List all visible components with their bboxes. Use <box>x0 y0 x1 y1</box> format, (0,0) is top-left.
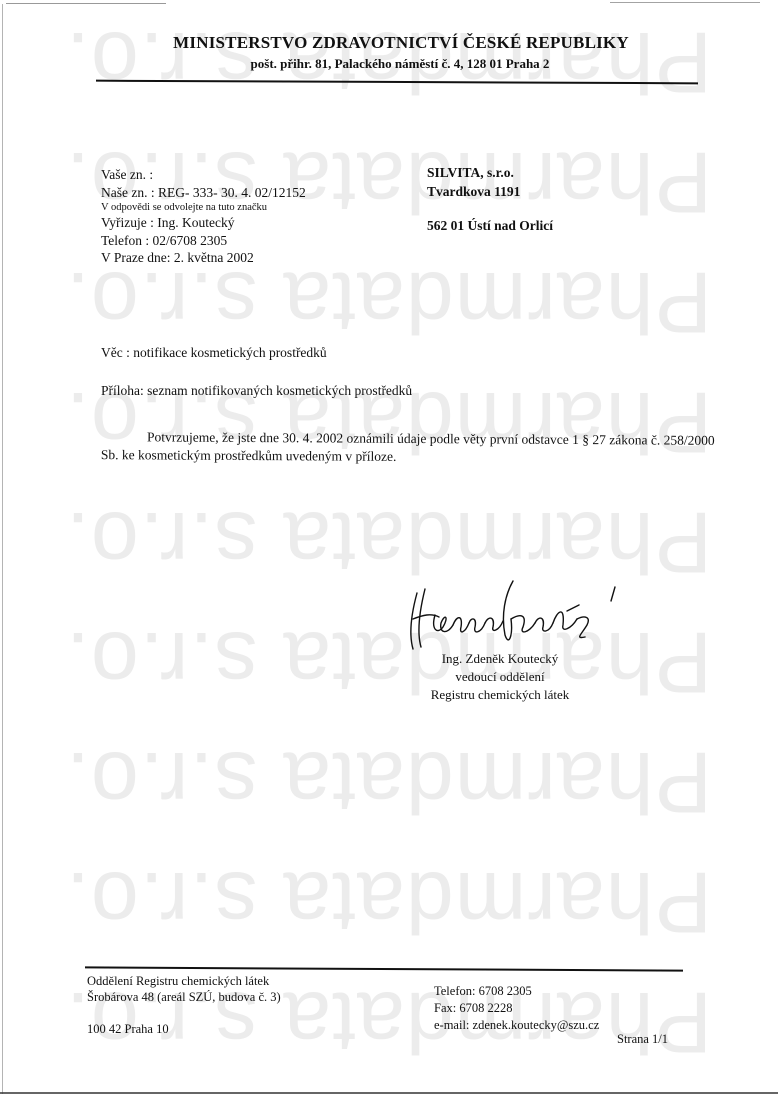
footer-phone: Telefon: 6708 2305 <box>434 983 599 1000</box>
signatory-block: Ing. Zdeněk Koutecký vedoucí oddělení Re… <box>380 650 620 704</box>
signatory-department: Registru chemických látek <box>380 686 620 704</box>
recipient-address: SILVITA, s.r.o. Tvardkova 1191 562 01 Ús… <box>427 163 553 235</box>
footer-divider <box>85 966 683 971</box>
reference-block: Vaše zn. : Naše zn. : REG- 333- 30. 4. 0… <box>101 166 306 267</box>
footer-fax: Fax: 6708 2228 <box>434 1000 599 1017</box>
phone: Telefon : 02/6708 2305 <box>101 232 306 250</box>
your-reference: Vaše zn. : <box>101 166 306 184</box>
footer-contacts: Telefon: 6708 2305 Fax: 6708 2228 e-mail… <box>434 983 599 1034</box>
subject-line: Věc : notifikace kosmetických prostředků <box>101 345 327 361</box>
letterhead-address: pošt. přihr. 81, Palackého náměstí č. 4,… <box>0 56 778 72</box>
footer-email: e-mail: zdenek.koutecky@szu.cz <box>434 1017 599 1034</box>
letterhead-title: MINISTERSTVO ZDRAVOTNICTVÍ ČESKÉ REPUBLI… <box>0 33 778 53</box>
reference-note: V odpovědi se odvolejte na tuto značku <box>101 201 306 214</box>
our-reference: Naše zn. : REG- 333- 30. 4. 02/12152 <box>101 184 306 202</box>
letterhead-divider <box>96 80 698 85</box>
letter-page: MINISTERSTVO ZDRAVOTNICTVÍ ČESKÉ REPUBLI… <box>0 0 778 1100</box>
letter-body: Potvrzujeme, že jste dne 30. 4. 2002 ozn… <box>101 428 721 468</box>
body-paragraph: Potvrzujeme, že jste dne 30. 4. 2002 ozn… <box>101 428 721 468</box>
page-number: Strana 1/1 <box>617 1032 668 1047</box>
handled-by: Vyřizuje : Ing. Koutecký <box>101 214 306 232</box>
footer-street: Šrobárova 48 (areál SZÚ, budova č. 3) <box>87 989 281 1005</box>
handwritten-signature-icon <box>405 575 635 655</box>
footer-zip-city: 100 42 Praha 10 <box>87 1021 281 1037</box>
footer-address: Oddělení Registru chemických látek Šrobá… <box>87 973 281 1037</box>
signatory-position: vedoucí oddělení <box>380 668 620 686</box>
recipient-street: Tvardkova 1191 <box>427 182 553 201</box>
attachment-line: Příloha: seznam notifikovaných kosmetick… <box>101 383 412 399</box>
recipient-city: 562 01 Ústí nad Orlicí <box>427 216 553 235</box>
recipient-company: SILVITA, s.r.o. <box>427 163 553 182</box>
letter-date: V Praze dne: 2. května 2002 <box>101 249 306 267</box>
signatory-name: Ing. Zdeněk Koutecký <box>380 650 620 668</box>
footer-department: Oddělení Registru chemických látek <box>87 973 281 989</box>
